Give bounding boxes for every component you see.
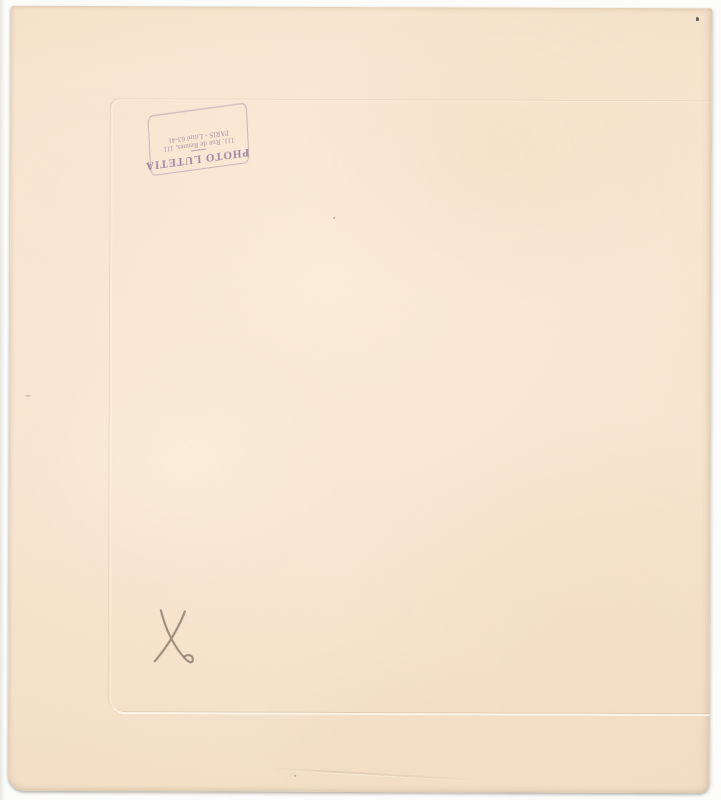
scanner-background: PHOTO LUTETIA 111, Rue de Rennes, 111 PA… (0, 0, 721, 800)
pencil-x-mark (149, 603, 211, 681)
faint-smudge (26, 395, 31, 397)
dark-speck (696, 17, 699, 21)
pencil-x-stroke-left (161, 610, 193, 662)
tiny-speck (294, 775, 296, 777)
tiny-speck (333, 217, 335, 219)
photo-back-card: PHOTO LUTETIA 111, Rue de Rennes, 111 PA… (8, 6, 712, 793)
scan-edge-shadow (0, 0, 5, 800)
